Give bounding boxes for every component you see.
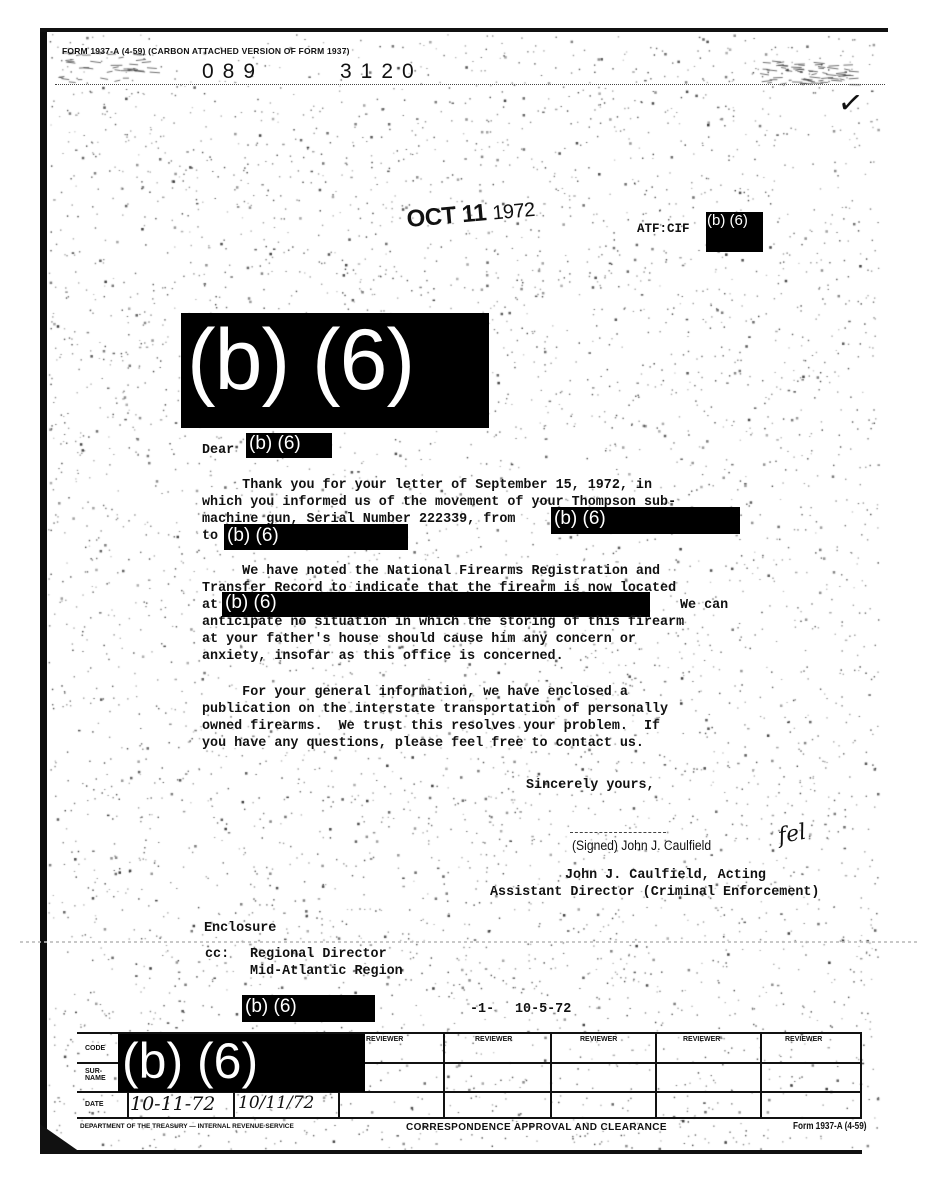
- reviewer-header: REVIEWER: [785, 1036, 822, 1043]
- reviewer-header: REVIEWER: [366, 1036, 403, 1043]
- signer-title: Assistant Director (Criminal Enforcement…: [490, 886, 819, 899]
- date-stamp: OCT 11 1972: [406, 195, 536, 234]
- file-number-part2: 3120: [340, 60, 423, 84]
- office-symbol: ATF:CIF: [637, 222, 690, 236]
- signer-name: John J. Caulfield, Acting: [565, 869, 766, 882]
- signature-rule: [570, 832, 666, 833]
- p2-line6: anxiety, insofar as this office is conce…: [202, 650, 564, 663]
- typed-date: 10-5-72: [515, 1003, 571, 1016]
- p2-line1: We have noted the National Firearms Regi…: [202, 565, 660, 578]
- scan-edge-left: [40, 28, 47, 1154]
- handwritten-date-2: 10/11/72: [238, 1093, 314, 1113]
- reviewer-header: REVIEWER: [580, 1036, 617, 1043]
- redaction-addressee: (b) (6): [181, 313, 489, 428]
- table-divider: [550, 1032, 552, 1119]
- footer-department: DEPARTMENT OF THE TREASURY — INTERNAL RE…: [80, 1123, 294, 1130]
- checkmark-icon: ✓: [836, 84, 866, 122]
- table-rule: [77, 1117, 862, 1119]
- form-label: FORM 1937-A (4-59) (CARBON ATTACHED VERS…: [62, 46, 350, 56]
- handwritten-date-1: 10-11-72: [130, 1093, 215, 1115]
- cc-label: cc:: [205, 948, 229, 961]
- p2-line3-start: at: [202, 599, 218, 612]
- page-marker: -1-: [470, 1003, 494, 1016]
- reviewer-header: REVIEWER: [475, 1036, 512, 1043]
- footer-title: CORRESPONDENCE APPROVAL AND CLEARANCE: [406, 1122, 667, 1133]
- enclosure-note: Enclosure: [204, 922, 276, 935]
- redaction-to-location: (b) (6): [224, 524, 408, 550]
- date-stamp-month-day: OCT 11: [406, 199, 488, 233]
- p3-line2: publication on the interstate transporta…: [202, 703, 668, 716]
- scan-edge-top: [40, 28, 888, 32]
- salutation-word: Dear: [202, 444, 234, 457]
- file-number-part1: 089: [202, 60, 264, 84]
- cc-line2: Mid-Atlantic Region: [250, 965, 403, 978]
- row-label-code: CODE: [85, 1045, 105, 1052]
- row-label-surname: SUR- NAME: [85, 1068, 106, 1083]
- table-divider: [655, 1032, 657, 1119]
- redaction-typist: (b) (6): [242, 995, 375, 1022]
- table-divider: [860, 1032, 862, 1119]
- signed-stamp: (Signed) John J. Caulfield: [572, 838, 711, 853]
- p3-line4: you have any questions, please feel free…: [202, 737, 644, 750]
- table-divider: [443, 1032, 445, 1119]
- p1-line1: Thank you for your letter of September 1…: [202, 479, 652, 492]
- p2-line3-end: We can: [680, 599, 728, 612]
- row-label-date: DATE: [85, 1101, 104, 1108]
- scan-corner-shadow: [40, 1124, 80, 1152]
- handwritten-initials: fel: [776, 820, 808, 850]
- reviewer-header: REVIEWER: [683, 1036, 720, 1043]
- date-stamp-year: 1972: [491, 199, 535, 225]
- cc-line1: Regional Director: [250, 948, 387, 961]
- scan-edge-bottom: [40, 1150, 862, 1154]
- scan-streak: [20, 941, 920, 943]
- redaction-salutation: (b) (6): [246, 433, 332, 458]
- p2-line5: at your father's house should cause him …: [202, 633, 636, 646]
- redaction-initiator-reviewer: (b) (6): [118, 1034, 365, 1092]
- p3-line1: For your general information, we have en…: [202, 686, 628, 699]
- header-rule: [55, 84, 885, 86]
- redaction-current-location: (b) (6): [222, 592, 650, 617]
- p2-line4: anticipate no situation in which the sto…: [202, 616, 684, 629]
- footer-form-number: Form 1937-A (4-59): [793, 1121, 867, 1132]
- p1-line4: to: [202, 530, 218, 543]
- p3-line3: owned firearms. We trust this resolves y…: [202, 720, 660, 733]
- scanned-letter-page: FORM 1937-A (4-59) (CARBON ATTACHED VERS…: [0, 0, 928, 1200]
- closing: Sincerely yours,: [526, 779, 655, 792]
- redaction-from-location: (b) (6): [551, 507, 740, 534]
- redaction-office-symbol: (b) (6): [706, 212, 763, 252]
- table-divider: [760, 1032, 762, 1119]
